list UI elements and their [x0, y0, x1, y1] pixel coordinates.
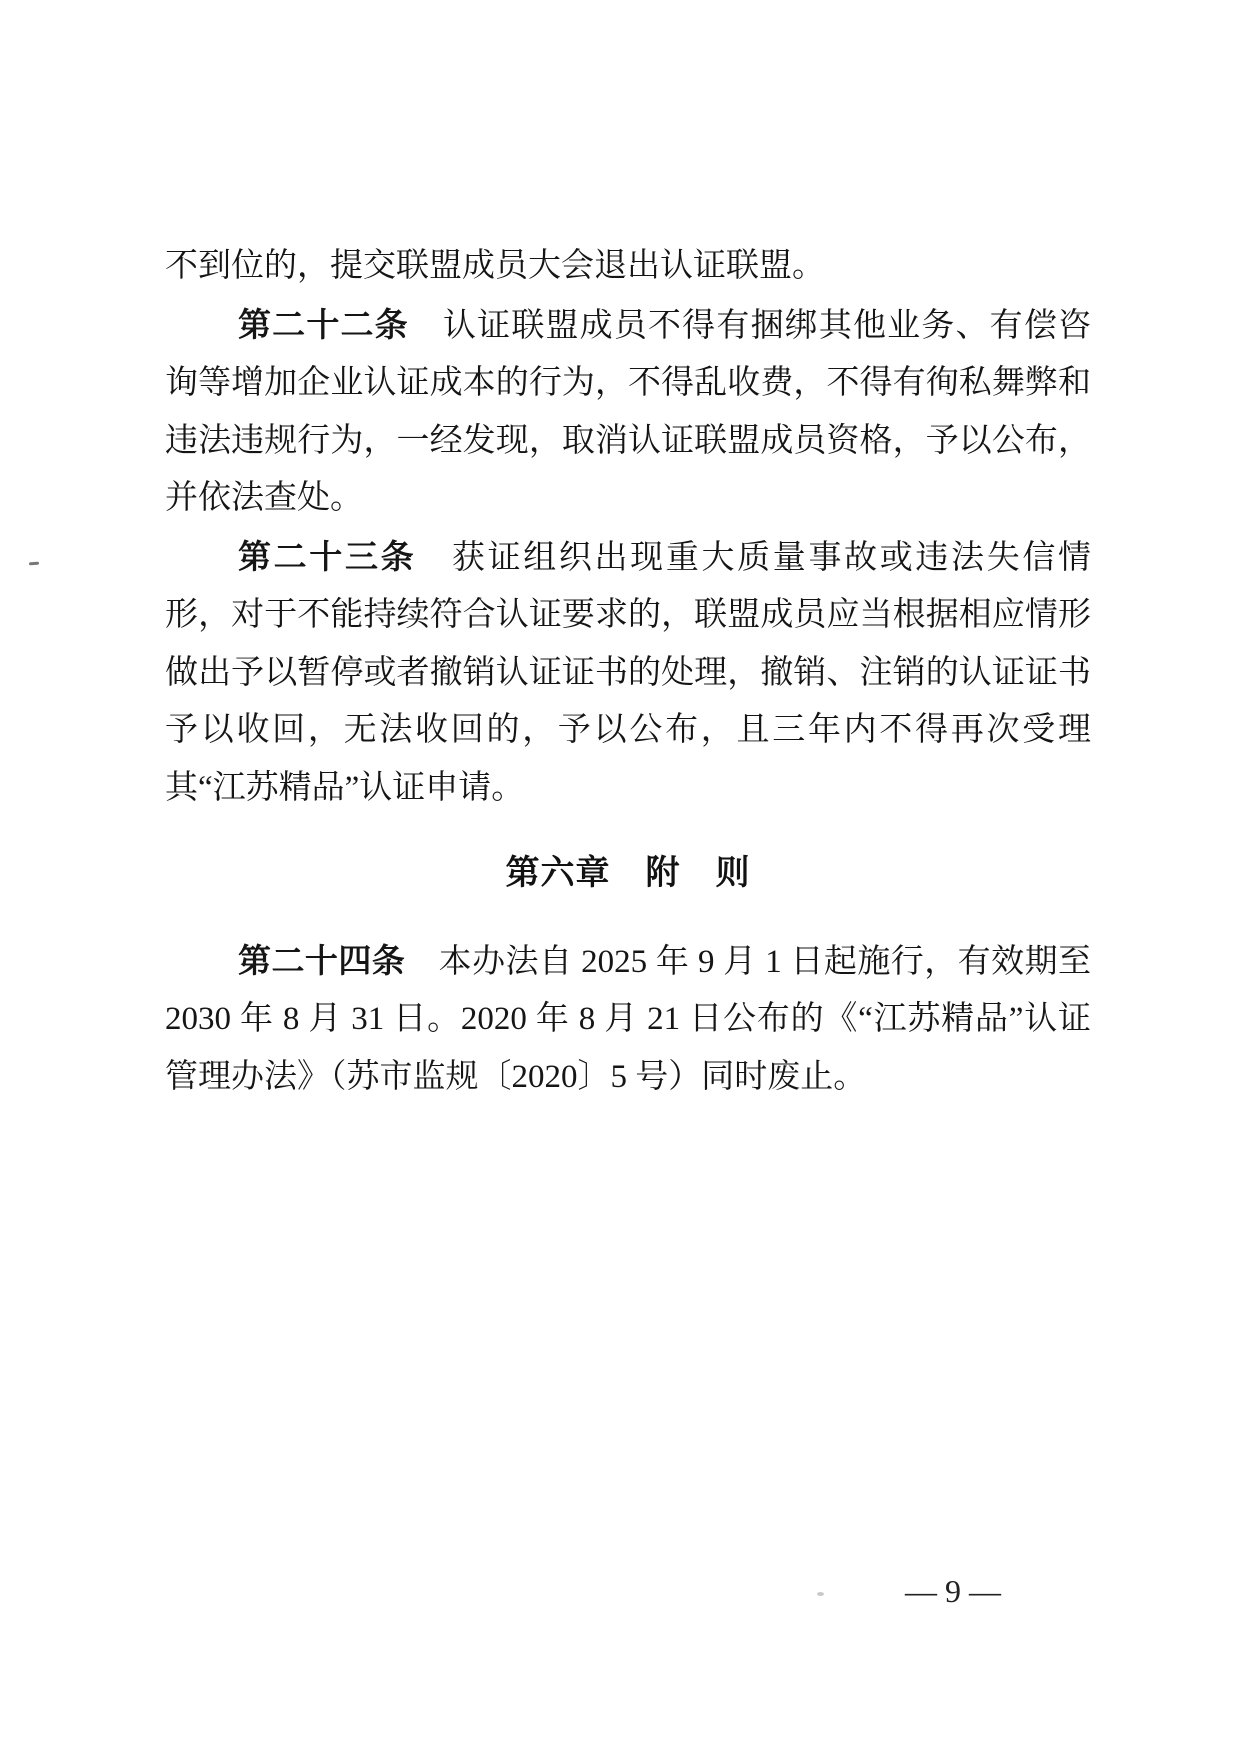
paragraph: 不到位的，提交联盟成员大会退出认证联盟。: [165, 238, 1091, 296]
document-body: 不到位的，提交联盟成员大会退出认证联盟。第二十二条 认证联盟成员不得有捆绑其他业…: [165, 238, 1091, 1106]
paragraph: 第二十二条 认证联盟成员不得有捆绑其他业务、有偿咨询等增加企业认证成本的行为，不…: [165, 296, 1091, 528]
scan-artifact-dash: [29, 562, 39, 566]
text-run: 获证组织出现重大质量事故或违法失信情形，对于不能持续符合认证要求的，联盟成员应当…: [165, 540, 1091, 806]
article-number: 第二十二条: [238, 306, 409, 343]
page-number: — 9 —: [878, 1572, 1028, 1610]
article-number: 第二十三条: [238, 538, 416, 575]
chapter-heading: 第六章 附 则: [165, 845, 1091, 903]
article-number: 第二十四条: [238, 942, 405, 979]
document-page: 不到位的，提交联盟成员大会退出认证联盟。第二十二条 认证联盟成员不得有捆绑其他业…: [0, 0, 1240, 1752]
scan-artifact-speck: [817, 1592, 824, 1596]
paragraph: 第二十四条 本办法自 2025 年 9 月 1 日起施行，有效期至 2030 年…: [165, 932, 1091, 1107]
paragraph: 第二十三条 获证组织出现重大质量事故或违法失信情形，对于不能持续符合认证要求的，…: [165, 528, 1091, 818]
text-run: 不到位的，提交联盟成员大会退出认证联盟。: [165, 248, 825, 284]
